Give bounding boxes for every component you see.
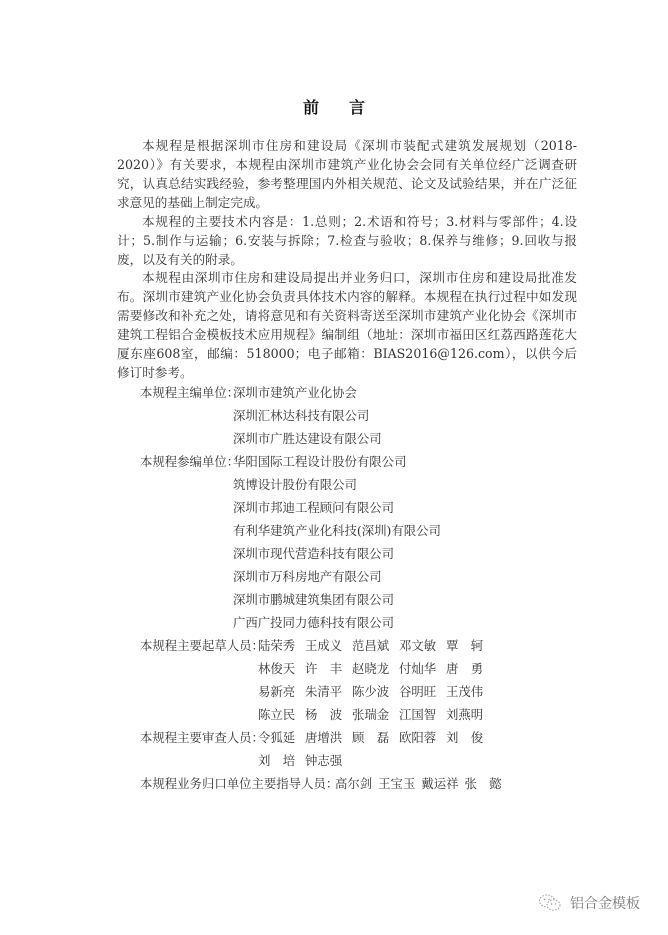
person-name: 王茂伟 xyxy=(446,680,493,703)
person-name: 邓文敏 xyxy=(399,634,446,657)
person-name: 高尔剑 xyxy=(335,772,372,795)
reviewers-label: 本规程主要审查人员： xyxy=(140,726,264,749)
person-name: 付灿华 xyxy=(399,657,446,680)
person-name: 唐增洪 xyxy=(305,726,352,749)
person-name: 江国智 xyxy=(399,703,446,726)
wechat-icon xyxy=(538,893,562,913)
person-name: 张瑞金 xyxy=(352,703,399,726)
paragraph-text: 本规程的主要技术内容是：1.总则；2.术语和符号；3.材料与零部件；4.设计；5… xyxy=(117,212,577,269)
org-name: 深圳市万科房地产有限公司 xyxy=(233,565,382,588)
person-name: 钟志强 xyxy=(305,749,352,772)
paragraph-administration: 本规程由深圳市住房和建设局提出并业务归口，深圳市住房和建设局批准发布。深圳市建筑… xyxy=(117,268,577,382)
person-name: 陈立民 xyxy=(258,703,305,726)
person-name: 顾 磊 xyxy=(352,726,399,749)
person-name: 陈少波 xyxy=(352,680,399,703)
person-name: 张 懿 xyxy=(465,772,502,795)
person-name: 谷明旺 xyxy=(399,680,446,703)
watermark: 铝合金模板 xyxy=(538,893,640,913)
document-page: 前言 本规程是根据深圳市住房和建设局《深圳市装配式建筑发展规划（2018-202… xyxy=(0,0,668,935)
person-name: 杨 波 xyxy=(305,703,352,726)
title-char: 前 xyxy=(303,95,319,118)
org-name: 深圳市鹏城建筑集团有限公司 xyxy=(233,588,394,611)
person-name: 刘燕明 xyxy=(446,703,493,726)
person-name: 刘 俊 xyxy=(446,726,493,749)
paragraph-text: 本规程由深圳市住房和建设局提出并业务归口，深圳市住房和建设局批准发布。深圳市建筑… xyxy=(117,268,577,382)
paragraph-basis: 本规程是根据深圳市住房和建设局《深圳市装配式建筑发展规划（2018-2020）》… xyxy=(117,136,577,212)
org-name: 有利华建筑产业化科技(深圳)有限公司 xyxy=(233,519,441,542)
person-name: 戴运祥 xyxy=(421,772,458,795)
person-name: 唐 勇 xyxy=(446,657,493,680)
org-name: 广西广投同力德科技有限公司 xyxy=(233,611,394,634)
person-name: 赵晓龙 xyxy=(352,657,399,680)
watermark-text: 铝合金模板 xyxy=(570,893,640,913)
co-editors-label: 本规程参编单位： xyxy=(140,450,239,473)
org-name: 华阳国际工程设计股份有限公司 xyxy=(233,450,406,473)
person-name: 范昌斌 xyxy=(352,634,399,657)
drafters-label: 本规程主要起草人员： xyxy=(140,634,264,657)
person-name: 林俊天 xyxy=(258,657,305,680)
person-name: 朱清平 xyxy=(305,680,352,703)
person-name: 覃 轲 xyxy=(446,634,493,657)
org-name: 深圳市邦迪工程顾问有限公司 xyxy=(233,496,394,519)
guides-label: 本规程业务归口单位主要指导人员： xyxy=(140,772,338,795)
org-name: 深圳市建筑产业化协会 xyxy=(233,381,357,404)
person-name: 刘 培 xyxy=(258,749,305,772)
org-name: 筑博设计股份有限公司 xyxy=(233,473,357,496)
org-name: 深圳汇林达科技有限公司 xyxy=(233,404,369,427)
person-name: 许 丰 xyxy=(305,657,352,680)
person-name: 欧阳蓉 xyxy=(399,726,446,749)
page-title: 前言 xyxy=(0,95,668,118)
org-name: 深圳市现代营造科技有限公司 xyxy=(233,542,394,565)
chief-editors-label: 本规程主编单位： xyxy=(140,381,239,404)
paragraph-text: 本规程是根据深圳市住房和建设局《深圳市装配式建筑发展规划（2018-2020）》… xyxy=(117,136,577,212)
person-name: 王宝玉 xyxy=(378,772,415,795)
title-char: 言 xyxy=(349,95,365,118)
org-name: 深圳市广胜达建设有限公司 xyxy=(233,427,382,450)
person-name: 易新亮 xyxy=(258,680,305,703)
person-name: 令狐延 xyxy=(258,726,305,749)
person-name: 王成义 xyxy=(305,634,352,657)
person-name: 陆荣秀 xyxy=(258,634,305,657)
paragraph-contents: 本规程的主要技术内容是：1.总则；2.术语和符号；3.材料与零部件；4.设计；5… xyxy=(117,212,577,269)
